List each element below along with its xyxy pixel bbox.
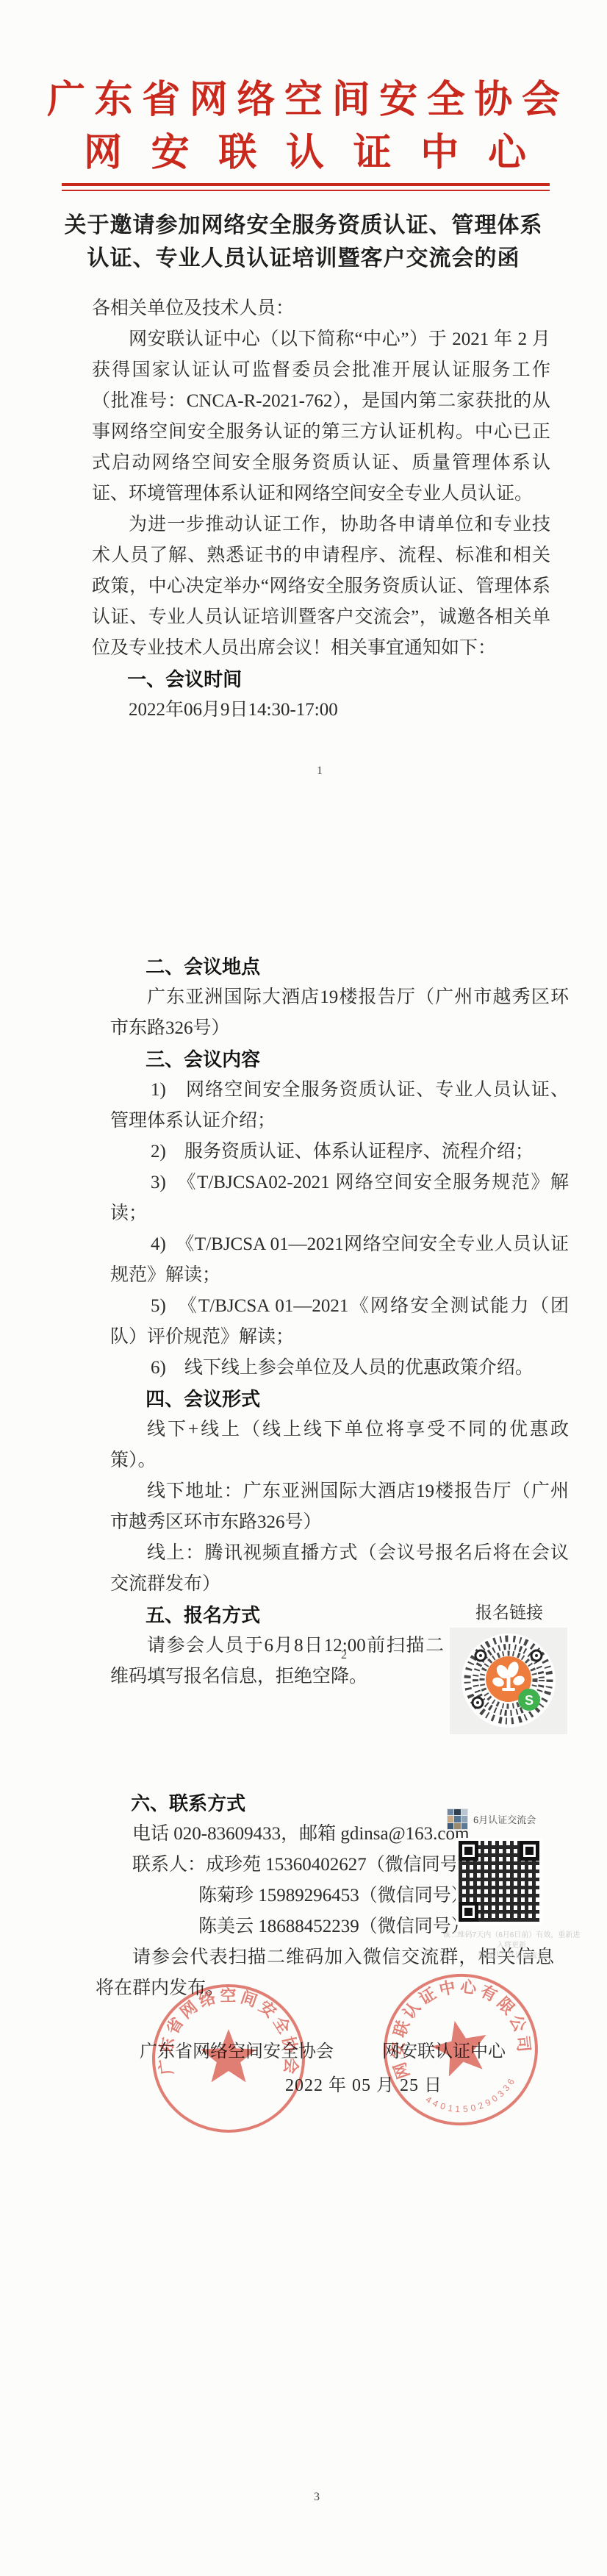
online-channel: 线上：腾讯视频直播方式（会议号报名后将在会议交流群发布）: [110, 1538, 569, 1600]
agenda-item: 5) 《T/BJCSA 01—2021《网络安全测试能力（团队）评价规范》解读；: [110, 1291, 569, 1353]
stamp-serial-number: 4401150290336: [422, 2075, 521, 2123]
stamp-star: [428, 2015, 493, 2079]
meeting-place: 广东亚洲国际大酒店19楼报告厅（广州市越秀区环市东路326号）: [110, 982, 569, 1044]
page2-body: 二、会议地点 广东亚洲国际大酒店19楼报告厅（广州市越秀区环市东路326号） 三…: [110, 951, 569, 1739]
section2-heading: 二、会议地点: [110, 951, 569, 982]
qr-finder-topleft: [459, 1841, 478, 1861]
agenda-item: 4) 《T/BJCSA 01—2021网络空间安全专业人员认证规范》解读；: [110, 1229, 569, 1291]
signup-qr-column: 报名链接: [450, 1600, 569, 1734]
official-stamp-association: 广东省网络空间安全协会: [147, 1981, 310, 2138]
svg-text:4401150290336: 4401150290336: [422, 2075, 521, 2123]
agenda-item: 2) 服务资质认证、体系认证程序、流程介绍；: [110, 1137, 569, 1167]
wechat-group-chip: 6月认证交流会: [447, 1808, 582, 1830]
paragraph-intro: 网安联认证中心（以下简称“中心”）于 2021 年 2 月获得国家认证认可监督委…: [92, 324, 550, 509]
wechat-group-avatar: [447, 1808, 468, 1830]
meeting-time: 2022年06月9日14:30-17:00: [92, 695, 550, 726]
stamp-star: [201, 2029, 256, 2082]
document-title-line1: 关于邀请参加网络安全服务资质认证、管理体系: [0, 209, 607, 242]
page1-body: 各相关单位及技术人员： 网安联认证中心（以下简称“中心”）于 2021 年 2 …: [92, 293, 550, 726]
document-title: 关于邀请参加网络安全服务资质认证、管理体系 认证、专业人员认证培训暨客户交流会的…: [0, 209, 607, 275]
agenda-item: 6) 线下线上参会单位及人员的优惠政策介绍。: [110, 1353, 569, 1384]
qr-finder-topright: [520, 1841, 539, 1861]
document-title-line2: 认证、专业人员认证培训暨客户交流会的函: [0, 242, 607, 275]
section3-heading: 三、会议内容: [110, 1044, 569, 1075]
official-stamp-center: 网安联认证中心有限公司 4401150290336: [378, 1969, 543, 2132]
letterhead-org-name: 广东省网络空间安全协会: [47, 78, 560, 124]
svg-text:S: S: [525, 1693, 534, 1708]
qr-validity-caption: 该二维码7天内（6月6日前）有效，重新进入将更新: [441, 1931, 582, 1951]
signup-link-label: 报名链接: [450, 1600, 569, 1626]
page-number-1: 1: [317, 765, 323, 778]
agenda-item: 1) 网络空间安全服务资质认证、专业人员认证、管理体系认证介绍；: [110, 1075, 569, 1137]
agenda-item: 3) 《T/BJCSA02-2021 网络空间安全服务规范》解读；: [110, 1167, 569, 1229]
letterhead-center-name: 网安联认证中心: [84, 131, 526, 176]
page-number-3: 3: [314, 2491, 320, 2504]
salutation: 各相关单位及技术人员：: [92, 293, 550, 324]
scanned-document: 广东省网络空间安全协会 网安联认证中心 关于邀请参加网络安全服务资质认证、管理体…: [0, 0, 607, 2576]
wechat-group-name: 6月认证交流会: [473, 1812, 536, 1826]
qr-note-caption: 请备注：认证交流会: [441, 1951, 582, 1961]
signup-miniprogram-qr-code: S: [450, 1628, 567, 1734]
wechat-group-qr-code: [456, 1838, 542, 1925]
paragraph-purpose: 为进一步推动认证工作，协助各申请单位和专业技术人员了解、熟悉证书的申请程序、流程…: [92, 509, 550, 664]
wechat-group-widget: 6月认证交流会 该二维码7天内（6月6日前）有效，重新进入将更新 请备注：认证交…: [441, 1808, 582, 1961]
format-line: 线下+线上（线上线下单位将享受不同的优惠政策）。: [110, 1414, 569, 1476]
offline-address: 线下地址：广东亚洲国际大酒店19楼报告厅（广州市越秀区环市东路326号）: [110, 1476, 569, 1538]
miniprogram-code-graphic: S: [450, 1628, 567, 1734]
section1-heading: 一、会议时间: [92, 664, 550, 695]
letterhead-divider: [62, 183, 550, 191]
section4-heading: 四、会议形式: [110, 1384, 569, 1414]
qr-finder-bottomleft: [459, 1902, 478, 1922]
page-number-2: 2: [341, 1649, 347, 1662]
